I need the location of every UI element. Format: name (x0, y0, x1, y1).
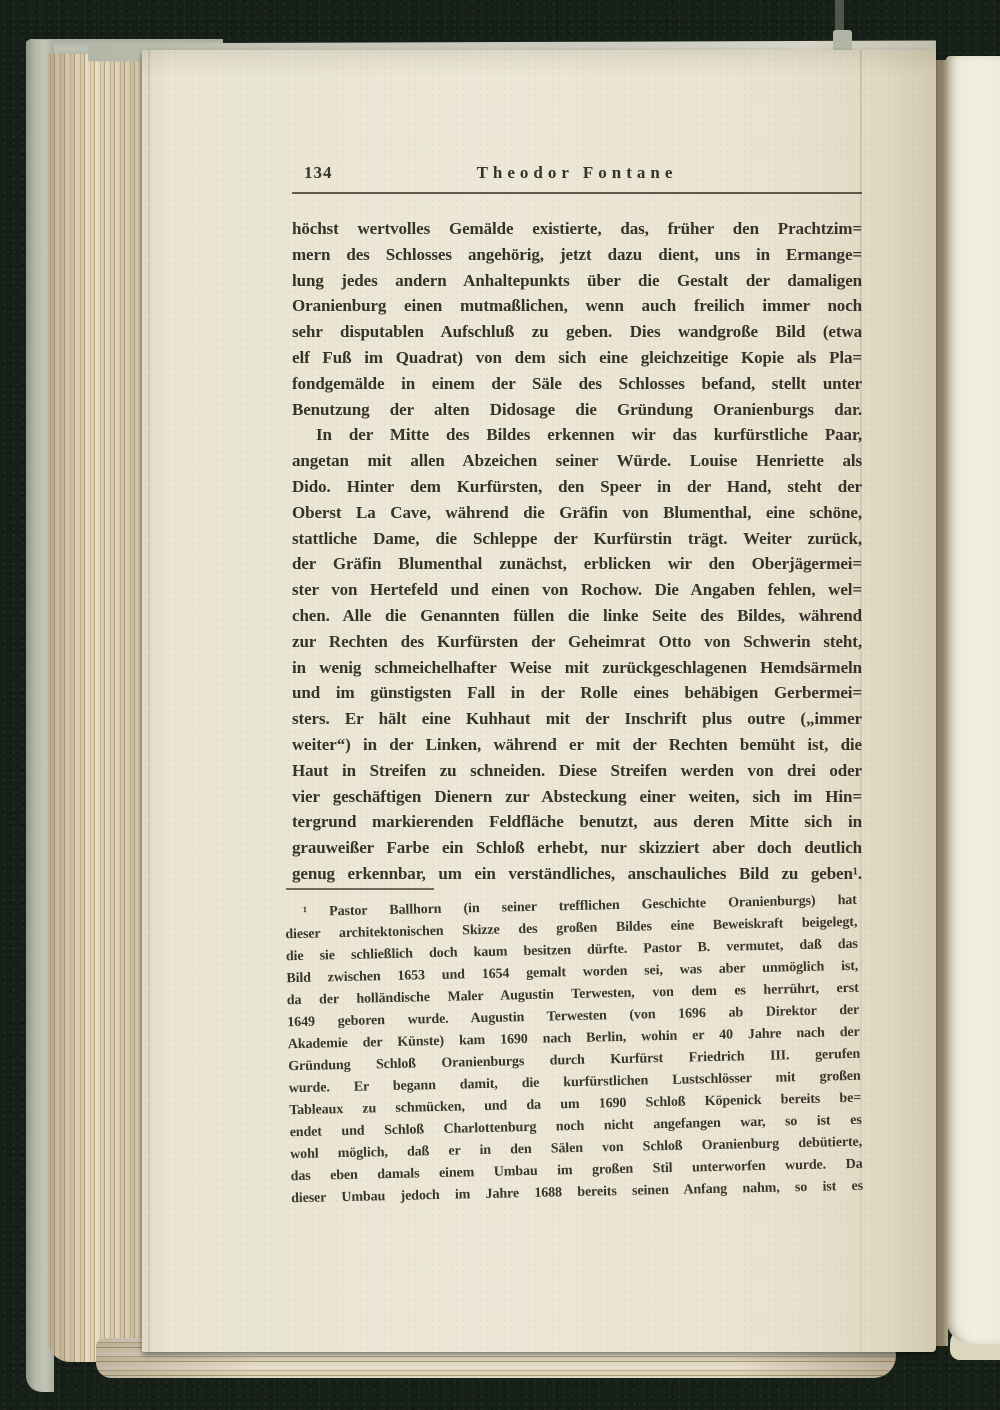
footnote-text: ¹ Pastor Ballhorn (in seiner trefflichen… (285, 890, 864, 1210)
scanned-book-photo: 134 Theodor Fontane höchst wertvolles Ge… (0, 0, 1000, 1410)
page-header: 134 Theodor Fontane (292, 163, 862, 187)
body-line: chen. Alle die Genannten füllen die link… (292, 603, 862, 629)
body-line: zur Rechten des Kurfürsten der Geheimrat… (292, 629, 862, 655)
body-line: genug erkennbar, um ein verständliches, … (292, 861, 862, 887)
body-line: angetan mit allen Abzeichen seiner Würde… (292, 448, 862, 474)
body-line: Dido. Hinter dem Kurfürsten, den Speer i… (292, 474, 862, 500)
body-line: Haut in Streifen zu schneiden. Diese Str… (292, 758, 862, 784)
body-line: In der Mitte des Bildes erkennen wir das… (292, 422, 862, 448)
body-text: höchst wertvolles Gemälde existierte, da… (292, 216, 862, 887)
header-rule (292, 192, 862, 194)
body-line: Oranienburg einen mutmaßlichen, wenn auc… (292, 293, 862, 319)
body-line: und im günstigsten Fall in der Rolle ein… (292, 680, 862, 706)
body-line: vier geschäftigen Dienern zur Absteckung… (292, 784, 862, 810)
page-edge-streak (835, 0, 844, 34)
body-line: höchst wertvolles Gemälde existierte, da… (292, 216, 862, 242)
body-line: stattliche Dame, die Schleppe der Kurfür… (292, 526, 862, 552)
body-line: sters. Er hält eine Kuhhaut mit der Insc… (292, 706, 862, 732)
body-line: Oberst La Cave, während die Gräfin von B… (292, 500, 862, 526)
body-line: sehr disputablen Aufschluß zu geben. Die… (292, 319, 862, 345)
body-line: weiter“) in der Linken, während er mit d… (292, 732, 862, 758)
footnote-separator (286, 888, 434, 890)
body-line: grauweißer Farbe ein Schloß erhebt, nur … (292, 835, 862, 861)
body-line: elf Fuß im Quadrat) von dem sich eine gl… (292, 345, 862, 371)
body-line: tergrund markierenden Feldfläche benutzt… (292, 809, 862, 835)
body-line: der Gräfin Blumenthal zunächst, erblicke… (292, 551, 862, 577)
page-stack-fore-edge (48, 54, 146, 1362)
body-line: Benutzung der alten Didosage die Gründun… (292, 397, 862, 423)
running-header: Theodor Fontane (292, 163, 862, 183)
facing-page-edge (946, 56, 1000, 1344)
body-line: in wenig schmeichelhafter Weise mit zurü… (292, 655, 862, 681)
page-number: 134 (304, 163, 333, 183)
page-content: 134 Theodor Fontane höchst wertvolles Ge… (142, 50, 936, 1352)
book-page: 134 Theodor Fontane höchst wertvolles Ge… (142, 50, 936, 1352)
body-line: mern des Schlosses angehörig, jetzt dazu… (292, 242, 862, 268)
body-line: lung jedes andern Anhaltepunkts über die… (292, 268, 862, 294)
body-line: fondgemälde in einem der Säle des Schlos… (292, 371, 862, 397)
body-line: ster von Hertefeld und einen von Rochow.… (292, 577, 862, 603)
